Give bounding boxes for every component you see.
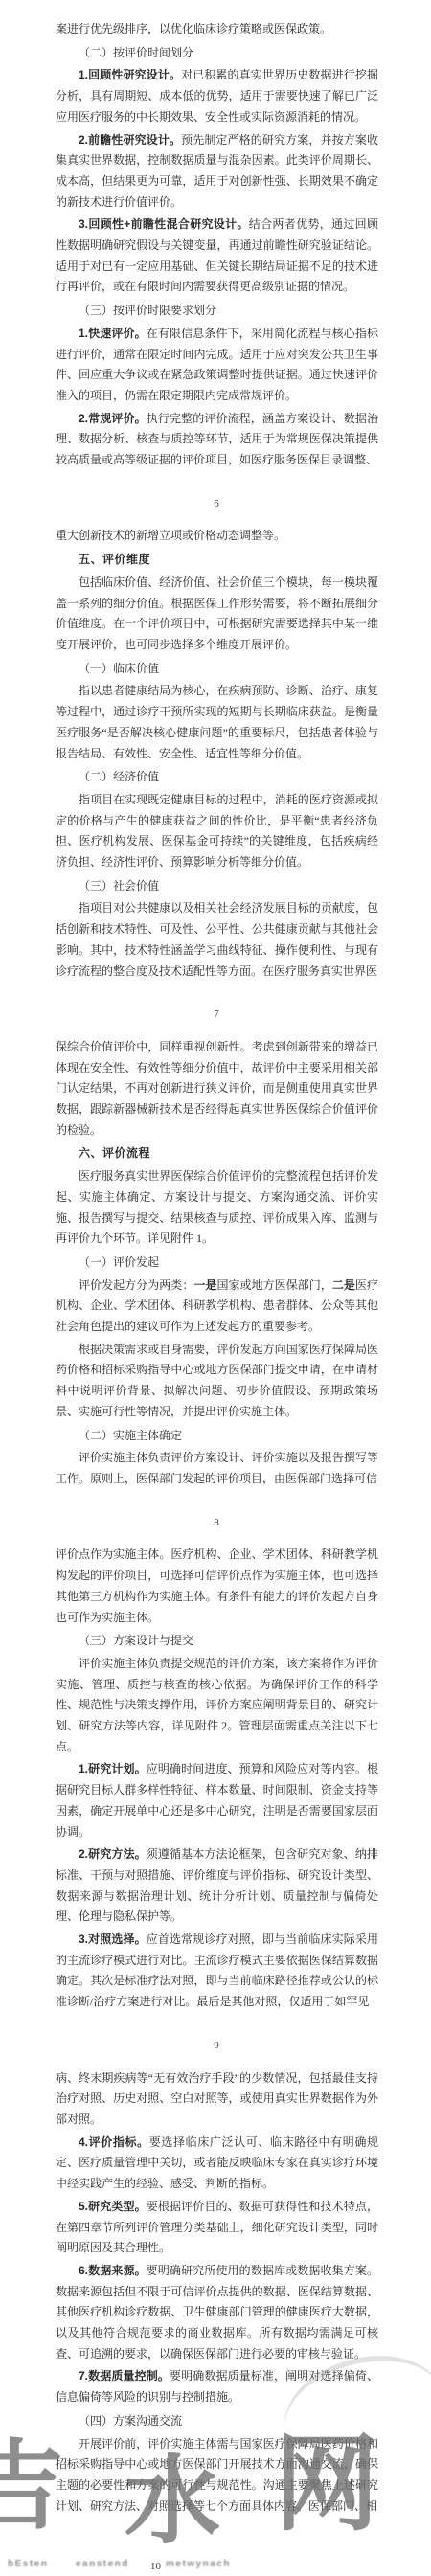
paragraph: 5.研究类型。要根据评价目的、数据可获得性和技术特点，在第四章节所列评价管理分类… bbox=[56, 2197, 378, 2259]
paragraph: 评价发起方分为两类：一是国家或地方医保部门，二是医疗机构、企业、学术团体、科研教… bbox=[56, 1276, 378, 1338]
paragraph: 4.评价指标。要选择临床广泛认可、临床路径中有明确规定、医疗质量管理中关切，或者… bbox=[56, 2133, 378, 2195]
paragraph: 评价实施主体负责评价方案设计、评价实施以及报告撰写等工作。原则上，医保部门发起的… bbox=[56, 1448, 378, 1489]
page-number: 6 bbox=[56, 494, 378, 515]
paragraph-continuation: 重大创新技术的新增立项或价格动态调整等。 bbox=[56, 526, 378, 547]
subsection-heading: （二）实施主体确定 bbox=[56, 1426, 378, 1447]
page-number: 8 bbox=[56, 1513, 378, 1534]
paragraph: 开展评价前，评价实施主体需与国家医疗保障局医药价格和招标采购指导中心或地方医保部… bbox=[56, 2434, 378, 2518]
paragraph: 1.快速评价。在有限信息条件下，采用简化流程与核心指标进行评价，通常在限定时间内… bbox=[56, 324, 378, 407]
subsection-heading: （一）临床价值 bbox=[56, 659, 378, 680]
subsection-heading: （一）评价发起 bbox=[56, 1253, 378, 1274]
blurred-watermark-text: metwynach bbox=[166, 2559, 231, 2569]
paragraph: 2.研究方法。须遵循基本方法论框架，包含研究对象、纳排标准、干预与对照措施、评价… bbox=[56, 1844, 378, 1928]
subsection-heading: （三）方案设计与提交 bbox=[56, 1631, 378, 1652]
paragraph: 指项目在实现既定健康目标的过程中，消耗的医疗资源或拟定的价格与产生的健康获益之间… bbox=[56, 790, 378, 873]
blurred-watermark-text: bEsten bbox=[8, 2559, 48, 2569]
subsection-heading: （二）经济价值 bbox=[56, 767, 378, 788]
paragraph: 3.对照选择。应首选常规诊疗对照，即与当前临床实际采用的主流诊疗模式进行对比。主… bbox=[56, 1930, 378, 2013]
paragraph: 3.回顾性+前瞻性混合研究设计。结合两者优势，通过回顾性数据明确研究假设与关键变… bbox=[56, 215, 378, 298]
paragraph: 评价实施主体负责提交规范的评价方案，该方案将作为评价实施、管理、质控与核查的核心… bbox=[56, 1654, 378, 1758]
paragraph: 6.数据来源。要明确研究所使用的数据库或数据收集方案。数据来源包括但不限于可信评… bbox=[56, 2261, 378, 2365]
paragraph-continuation: 案进行优先级排序，以优化临床诊疗策略或医保政策。 bbox=[56, 19, 378, 40]
paragraph: 根据决策需求或自身需要，评价发起方向国家医疗保障局医药价格和招标采购指导中心或地… bbox=[56, 1340, 378, 1423]
paragraph-continuation: 保综合价值评价中，同样重视创新性。考虑到创新带来的增益已体现在安全性、有效性等细… bbox=[56, 1037, 378, 1141]
watermark-glyph-left: 吉 bbox=[0, 2438, 63, 2536]
blurred-watermark-text: eanstend bbox=[76, 2559, 129, 2569]
paragraph: 2.常规评价。执行完整的评价流程，涵盖方案设计、数据治理、数据分析、核查与质控等… bbox=[56, 409, 378, 471]
paragraph-continuation: 病、终末期疾病等“无有效治疗手段”的少数情况，包括最佳支持治疗对照、历史对照、空… bbox=[56, 2068, 378, 2131]
paragraph: 指项目对公共健康以及相关社会经济发展目标的贡献度，包括创新和技术特性、可及性、公… bbox=[56, 898, 378, 982]
paragraph: 医疗服务真实世界医保综合价值评价的完整流程包括评价发起、实施主体确定、方案设计与… bbox=[56, 1166, 378, 1250]
paragraph: 1.回顾性研究设计。对已积累的真实世界历史数据进行挖掘分析，具有周期短、成本低的… bbox=[56, 65, 378, 127]
section-heading: 五、评价维度 bbox=[56, 550, 378, 571]
page-footer: bEsten eanstend 10 metwynach bbox=[0, 2553, 431, 2574]
document-page: 案进行优先级排序，以优化临床诊疗策略或医保政策。（二）按评价时间划分1.回顾性研… bbox=[0, 0, 431, 2576]
paragraph: 7.数据质量控制。要明确数据质量标准，阐明对选择偏倚、信息偏倚等风险的识别与控制… bbox=[56, 2366, 378, 2407]
paragraph: 2.前瞻性研究设计。预先制定严格的研究方案，并按方案收集真实世界数据，控制数据质… bbox=[56, 130, 378, 214]
paragraph: 1.研究计划。应明确时间进度、预算和风险应对等内容。根据研究目标人群多样性特征、… bbox=[56, 1759, 378, 1842]
paragraph: 指以患者健康结局为核心，在疾病预防、诊断、治疗、康复等过程中，通过诊疗干预所实现… bbox=[56, 681, 378, 764]
paragraph: 包括临床价值、经济价值、社会价值三个模块，每一模块覆盖一系列的细分价值。根据医保… bbox=[56, 573, 378, 656]
subsection-heading: （四）方案沟通交流 bbox=[56, 2411, 378, 2432]
page-number: 9 bbox=[56, 2036, 378, 2057]
page-number: 10 bbox=[150, 2561, 161, 2572]
subsection-heading: （二）按评价时间划分 bbox=[56, 43, 378, 64]
section-heading: 六、评价流程 bbox=[56, 1143, 378, 1164]
page-number: 7 bbox=[56, 1005, 378, 1026]
subsection-heading: （三）按评价时限要求划分 bbox=[56, 301, 378, 322]
subsection-heading: （三）社会价值 bbox=[56, 876, 378, 897]
document-body: 案进行优先级排序，以优化临床诊疗策略或医保政策。（二）按评价时间划分1.回顾性研… bbox=[56, 19, 378, 2517]
paragraph-continuation: 评价点作为实施主体。医疗机构、企业、学术团体、科研教学机构发起的评价项目，可选择… bbox=[56, 1545, 378, 1628]
